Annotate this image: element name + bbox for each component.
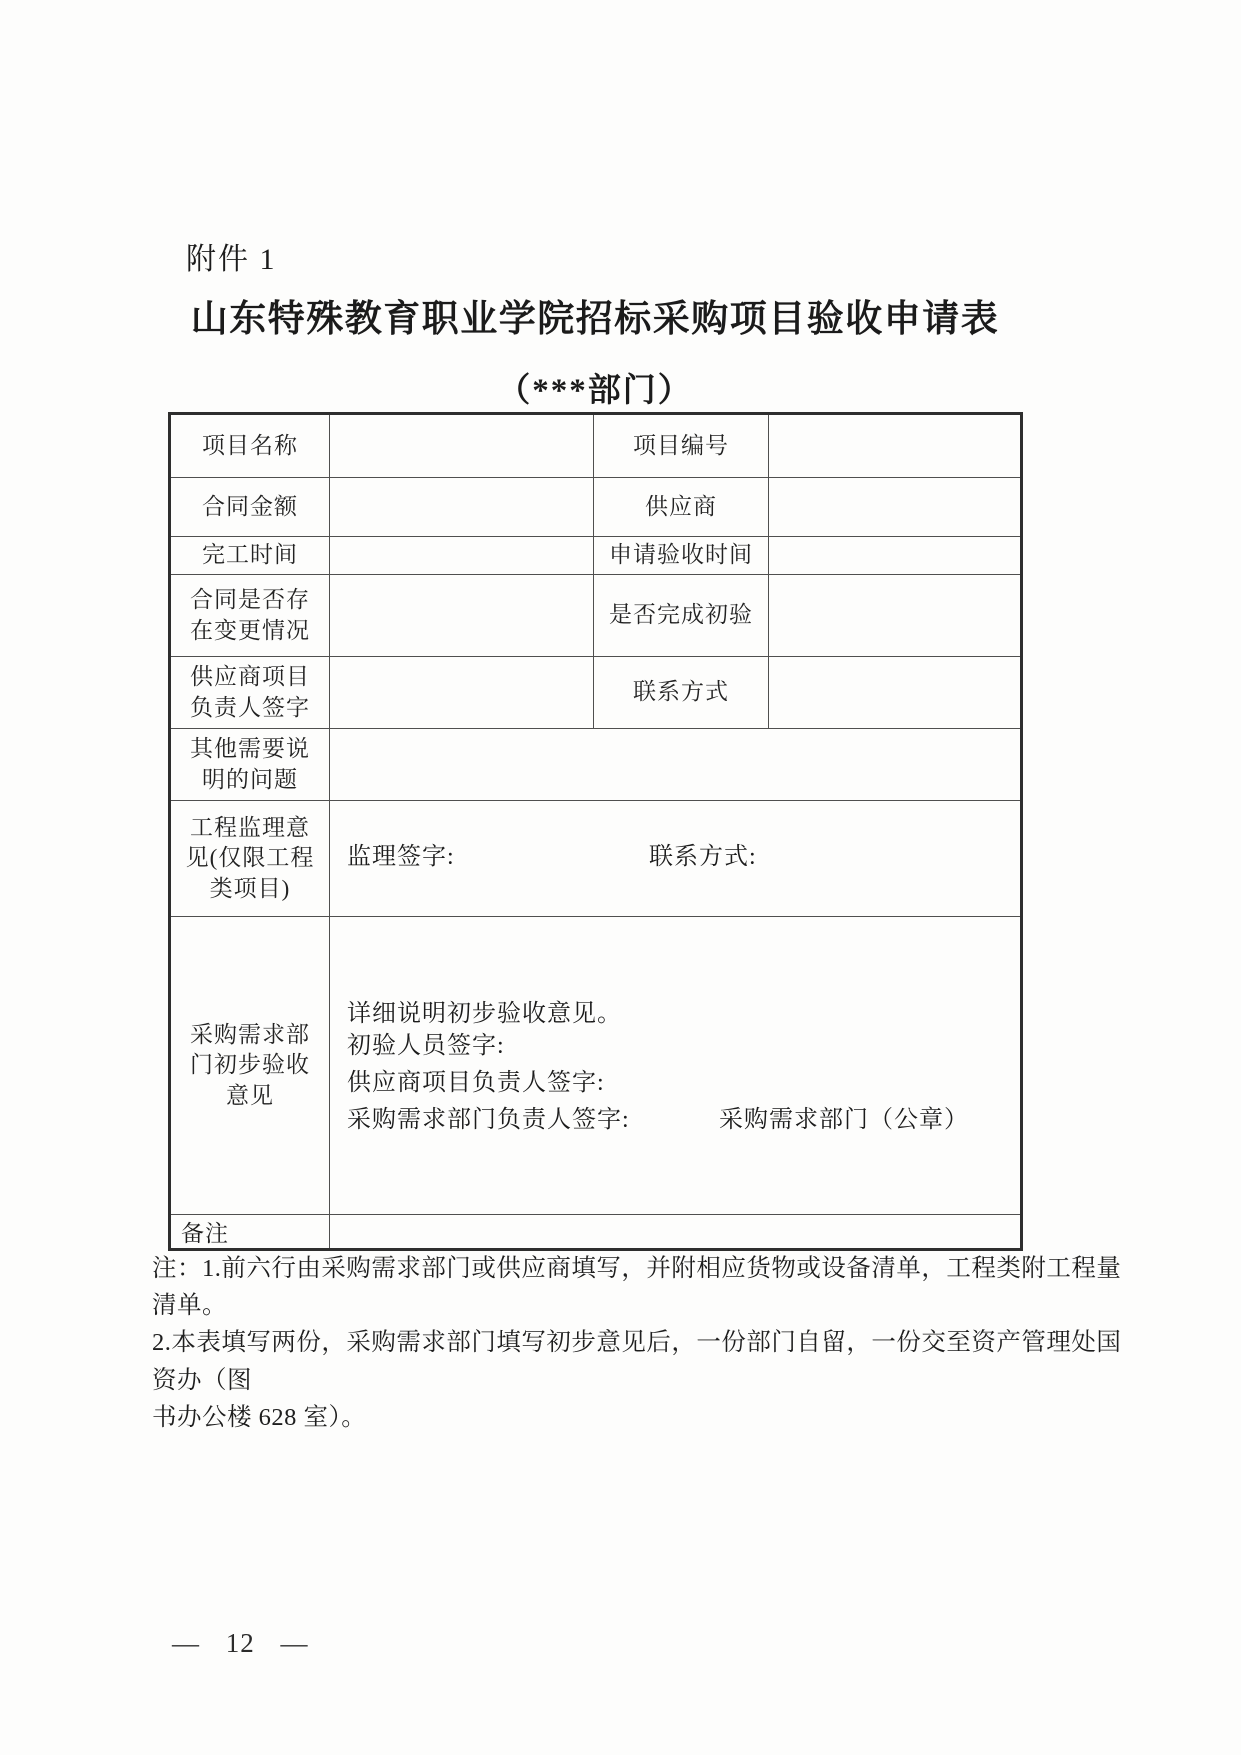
label-contract-changes: 合同是否存 在变更情况	[170, 575, 330, 657]
label-project-number: 项目编号	[594, 414, 769, 478]
preliminary-instruction: 详细说明初步验收意见。	[347, 993, 1020, 1028]
department-head-signature-label: 采购需求部门负责人签字:	[347, 1102, 719, 1139]
table-row: 备注	[170, 1215, 1022, 1250]
table-row: 采购需求部 门初步验收 意见 详细说明初步验收意见。 初验人员签字: 供应商项目…	[170, 917, 1022, 1215]
supervision-opinion-cell: 监理签字: 联系方式:	[330, 801, 1022, 917]
department-seal-label: 采购需求部门（公章）	[719, 1102, 969, 1139]
initial-inspector-signature-label: 初验人员签字:	[347, 1028, 1020, 1065]
preliminary-acceptance-content: 详细说明初步验收意见。 初验人员签字: 供应商项目负责人签字: 采购需求部门负责…	[330, 984, 1020, 1147]
label-supplier-manager-signature: 供应商项目 负责人签字	[170, 657, 330, 729]
label-contract-amount: 合同金额	[170, 478, 330, 537]
page-number: — 12 —	[172, 1628, 309, 1659]
input-other-issues	[330, 729, 1022, 801]
input-supplier-manager-signature	[330, 657, 594, 729]
input-completion-time	[330, 537, 594, 575]
input-project-number	[769, 414, 1022, 478]
label-initial-inspection-done: 是否完成初验	[594, 575, 769, 657]
department-signature-line: 采购需求部门负责人签字: 采购需求部门（公章）	[347, 1102, 1020, 1139]
table-row: 完工时间 申请验收时间	[170, 537, 1022, 575]
document-title: 山东特殊教育职业学院招标采购项目验收申请表	[150, 288, 1040, 342]
input-contact	[769, 657, 1022, 729]
label-contact: 联系方式	[594, 657, 769, 729]
label-preliminary-acceptance: 采购需求部 门初步验收 意见	[170, 917, 330, 1215]
footnotes: 注：1.前六行由采购需求部门或供应商填写，并附相应货物或设备清单，工程类附工程量…	[152, 1250, 1137, 1436]
document-subtitle: （***部门）	[150, 364, 1040, 411]
scanned-document-page: 附件 1 山东特殊教育职业学院招标采购项目验收申请表 （***部门） 项目名称 …	[0, 0, 1241, 1755]
label-project-name: 项目名称	[170, 414, 330, 478]
table-row: 项目名称 项目编号	[170, 414, 1022, 478]
supervisor-signature-label: 监理签字:	[347, 836, 649, 871]
footnote-line-2: 2.本表填写两份，采购需求部门填写初步意见后，一份部门自留，一份交至资产管理处国…	[152, 1324, 1137, 1398]
supplier-manager-signature-label: 供应商项目负责人签字:	[347, 1065, 1020, 1102]
table-row: 工程监理意 见(仅限工程 类项目) 监理签字: 联系方式:	[170, 801, 1022, 917]
label-completion-time: 完工时间	[170, 537, 330, 575]
label-remarks: 备注	[170, 1215, 330, 1250]
input-remarks	[330, 1215, 1022, 1250]
label-supervision-opinion: 工程监理意 见(仅限工程 类项目)	[170, 801, 330, 917]
input-initial-inspection-done	[769, 575, 1022, 657]
preliminary-signature-block: 初验人员签字: 供应商项目负责人签字: 采购需求部门负责人签字: 采购需求部门（…	[347, 1028, 1020, 1139]
footnote-line-3: 书办公楼 628 室）。	[152, 1399, 1137, 1436]
label-other-issues: 其他需要说 明的问题	[170, 729, 330, 801]
input-acceptance-apply-time	[769, 537, 1022, 575]
supervision-signature-line: 监理签字: 联系方式:	[330, 836, 1020, 881]
label-acceptance-apply-time: 申请验收时间	[594, 537, 769, 575]
attachment-label: 附件 1	[186, 234, 277, 278]
input-project-name	[330, 414, 594, 478]
table-row: 供应商项目 负责人签字 联系方式	[170, 657, 1022, 729]
label-supplier: 供应商	[594, 478, 769, 537]
acceptance-application-table: 项目名称 项目编号 合同金额 供应商 完工时间 申请验收时间 合同是否存 在变更…	[168, 412, 1023, 1251]
footnote-line-1: 注：1.前六行由采购需求部门或供应商填写，并附相应货物或设备清单，工程类附工程量…	[152, 1250, 1137, 1324]
input-supplier	[769, 478, 1022, 537]
supervisor-contact-label: 联系方式:	[649, 836, 757, 871]
preliminary-acceptance-cell: 详细说明初步验收意见。 初验人员签字: 供应商项目负责人签字: 采购需求部门负责…	[330, 917, 1022, 1215]
table-row: 其他需要说 明的问题	[170, 729, 1022, 801]
table-row: 合同金额 供应商	[170, 478, 1022, 537]
table-row: 合同是否存 在变更情况 是否完成初验	[170, 575, 1022, 657]
title-block: 山东特殊教育职业学院招标采购项目验收申请表 （***部门）	[150, 288, 1040, 411]
input-contract-changes	[330, 575, 594, 657]
input-contract-amount	[330, 478, 594, 537]
